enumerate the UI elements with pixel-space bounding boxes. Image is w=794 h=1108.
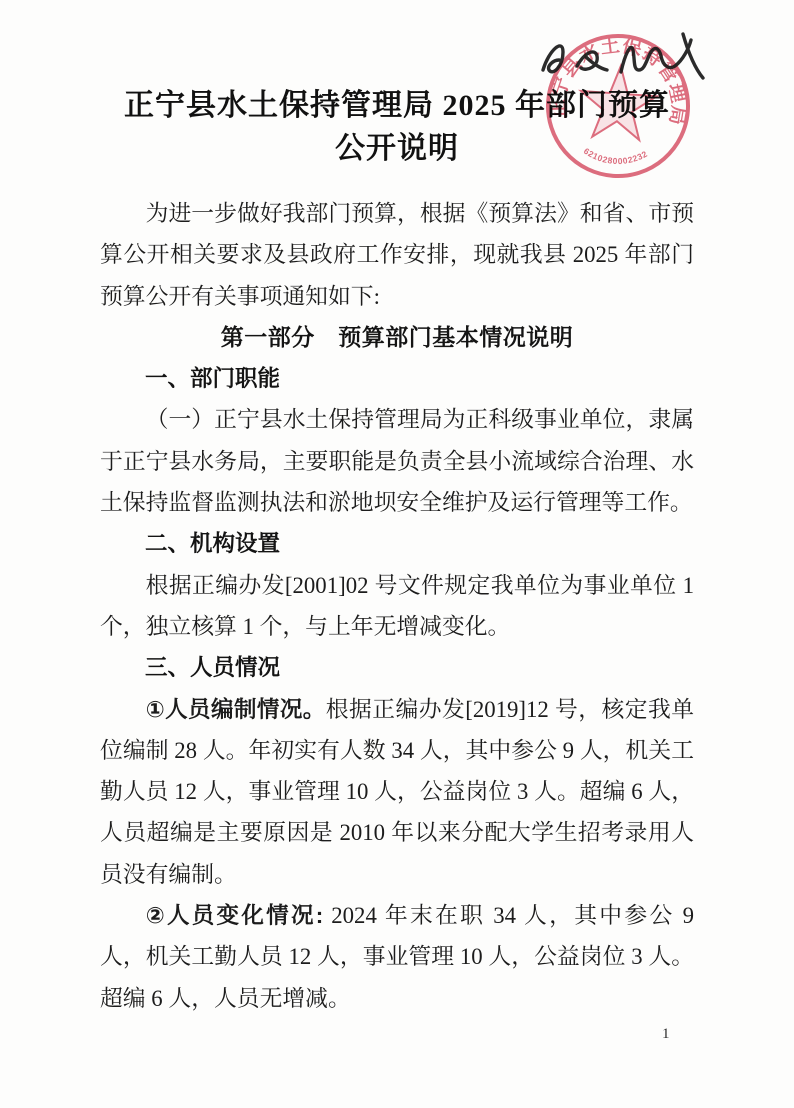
section2-paragraph: 根据正编办发[2001]02 号文件规定我单位为事业单位 1 个，独立核算 1 … [100, 565, 694, 648]
intro-paragraph: 为进一步做好我部门预算，根据《预算法》和省、市预算公开相关要求及县政府工作安排，… [100, 193, 694, 317]
section3-heading: 三、人员情况 [100, 647, 694, 688]
section3-item2-lead: ②人员变化情况: [146, 903, 324, 928]
document-body: 为进一步做好我部门预算，根据《预算法》和省、市预算公开相关要求及县政府工作安排，… [100, 193, 694, 1019]
svg-text:6210280002232: 6210280002232 [581, 144, 650, 168]
section3-item2-paragraph: ②人员变化情况: 2024 年末在职 34 人，其中参公 9 人，机关工勤人员 … [100, 895, 694, 1019]
handwritten-signature-icon [533, 26, 713, 90]
section1-paragraph: （一）正宁县水土保持管理局为正科级事业单位，隶属于正宁县水务局，主要职能是负责全… [100, 399, 694, 523]
section3-item1-text: 根据正编办发[2019]12 号，核定我单位编制 28 人。年初实有人数 34 … [100, 697, 694, 887]
seal-code-text: 6210280002232 [581, 144, 650, 168]
section1-heading: 一、部门职能 [100, 358, 694, 399]
document-page: 正宁县水土保持管理局 6210280002232 正宁县水土保持管理局 2025… [0, 0, 794, 1108]
part1-heading: 第一部分 预算部门基本情况说明 [100, 317, 694, 358]
section3-item1-paragraph: ①人员编制情况。根据正编办发[2019]12 号，核定我单位编制 28 人。年初… [100, 689, 694, 895]
section2-heading: 二、机构设置 [100, 523, 694, 564]
page-number: 1 [662, 1026, 670, 1043]
section3-item1-lead: ①人员编制情况。 [146, 697, 326, 722]
